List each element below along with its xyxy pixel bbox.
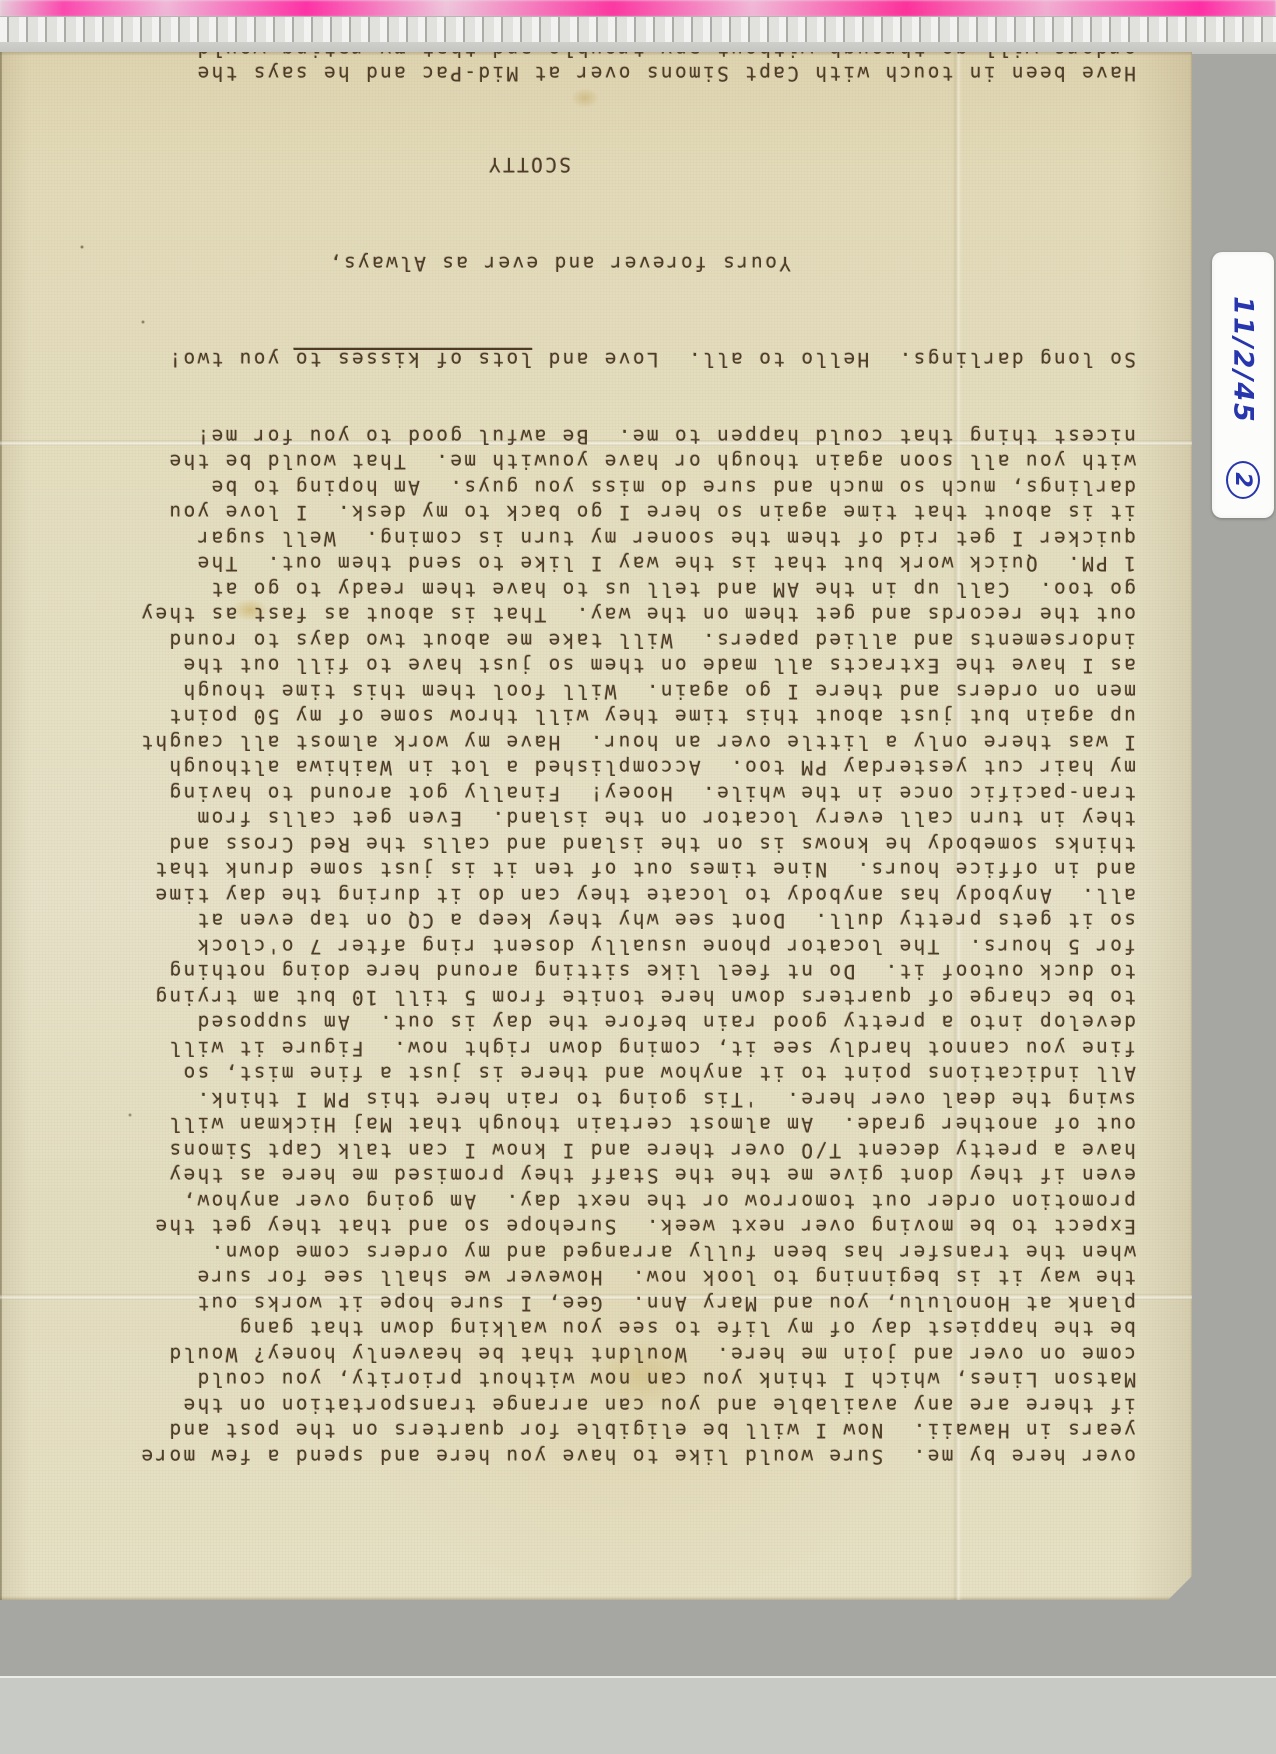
plastic-sleeve-zipper-strip [0, 0, 1276, 54]
last-line-pre: So long darlings. Hello to all. Love and [532, 349, 1136, 372]
typed-signature-name: SCOTTY [110, 152, 571, 178]
circled-page-number: 2 [1226, 461, 1260, 499]
scanned-letter-screenshot: over here by me. Sure would like to have… [0, 0, 1276, 1754]
typewritten-letter-text: over here by me. Sure would like to have… [0, 52, 1192, 1600]
scanner-bed-light-band [0, 1676, 1276, 1754]
handwritten-date: 11/2/45 [1228, 296, 1259, 424]
magenta-scan-artifact [0, 0, 1276, 17]
zipper-bead-row [0, 16, 1276, 43]
valediction-line: Yours forever and ever as Always, [110, 251, 791, 277]
archival-tab-label: 11/2/45 2 [1212, 252, 1274, 518]
last-line-post: you two! [167, 349, 293, 372]
last-line-underlined: lots of kisses to [294, 349, 533, 372]
letter-body-last-line: So long darlings. Hello to all. Love and… [110, 347, 1136, 373]
letter-page-scan-upside-down: over here by me. Sure would like to have… [0, 52, 1192, 1600]
letter-body-paragraph: over here by me. Sure would like to have… [110, 424, 1136, 1470]
